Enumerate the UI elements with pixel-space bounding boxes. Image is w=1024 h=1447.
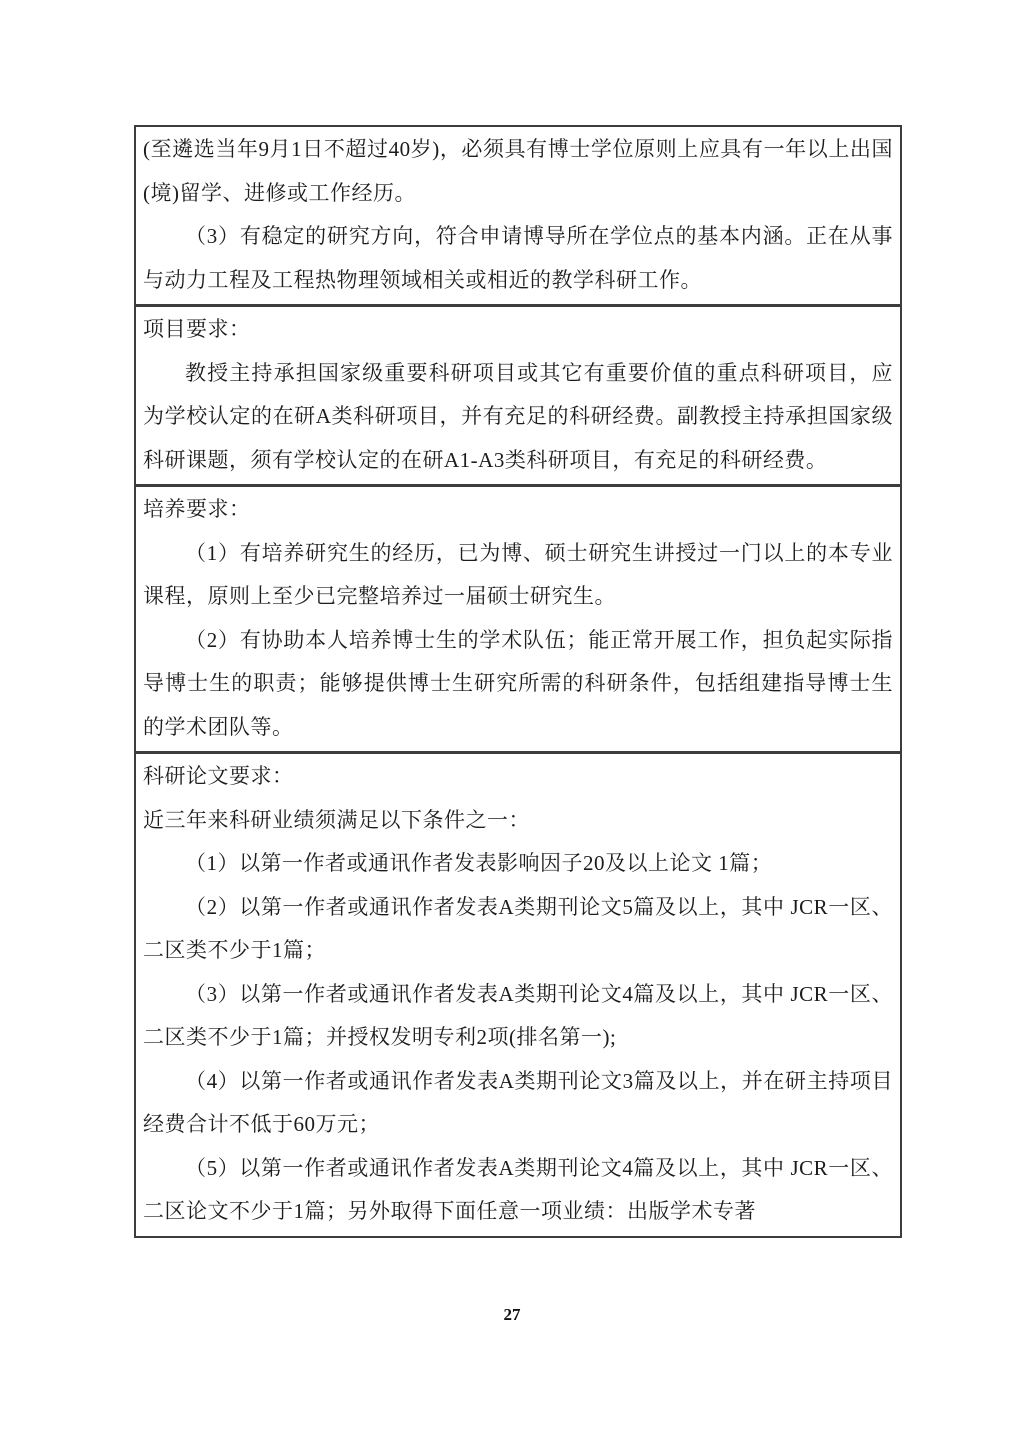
paragraph-paper-condition-2: （2）以第一作者或通讯作者发表A类期刊论文5篇及以上，其中 JCR一区、二区类不… [143, 886, 893, 973]
paragraph-training-requirement-1: （1）有培养研究生的经历，已为博、硕士研究生讲授过一门以上的本专业课程，原则上至… [143, 532, 893, 619]
paragraph-paper-condition-5: （5）以第一作者或通讯作者发表A类期刊论文4篇及以上，其中 JCR一区、二区论文… [143, 1147, 893, 1234]
paragraph-paper-condition-1: （1）以第一作者或通讯作者发表影响因子20及以上论文 1篇； [143, 842, 893, 886]
section-title-training-requirements: 培养要求： [143, 488, 893, 532]
paragraph-paper-condition-3: （3）以第一作者或通讯作者发表A类期刊论文4篇及以上，其中 JCR一区、二区类不… [143, 973, 893, 1060]
requirements-table: (至遴选当年9月1日不超过40岁)，必须具有博士学位原则上应具有一年以上出国(境… [134, 125, 902, 1238]
document-page: (至遴选当年9月1日不超过40岁)，必须具有博士学位原则上应具有一年以上出国(境… [0, 0, 1024, 1447]
paragraph-project-requirement-body: 教授主持承担国家级重要科研项目或其它有重要价值的重点科研项目，应为学校认定的在研… [143, 352, 893, 483]
paragraph-research-direction-requirement: （3）有稳定的研究方向，符合申请博导所在学位点的基本内涵。正在从事与动力工程及工… [143, 215, 893, 302]
paragraph-training-requirement-2: （2）有协助本人培养博士生的学术队伍；能正常开展工作，担负起实际指导博士生的职责… [143, 619, 893, 750]
table-row-research-paper-requirements: 科研论文要求： 近三年来科研业绩须满足以下条件之一： （1）以第一作者或通讯作者… [136, 751, 900, 1236]
paragraph-age-degree-requirement: (至遴选当年9月1日不超过40岁)，必须具有博士学位原则上应具有一年以上出国(境… [143, 128, 893, 215]
page-number: 27 [0, 1305, 1024, 1325]
table-row-basic-conditions-continued: (至遴选当年9月1日不超过40岁)，必须具有博士学位原则上应具有一年以上出国(境… [136, 127, 900, 304]
table-row-training-requirements: 培养要求： （1）有培养研究生的经历，已为博、硕士研究生讲授过一门以上的本专业课… [136, 484, 900, 751]
paragraph-paper-condition-4: （4）以第一作者或通讯作者发表A类期刊论文3篇及以上，并在研主持项目经费合计不低… [143, 1060, 893, 1147]
section-title-project-requirements: 项目要求： [143, 308, 893, 352]
table-row-project-requirements: 项目要求： 教授主持承担国家级重要科研项目或其它有重要价值的重点科研项目，应为学… [136, 304, 900, 484]
paragraph-paper-requirements-intro: 近三年来科研业绩须满足以下条件之一： [143, 799, 893, 843]
section-title-research-paper-requirements: 科研论文要求： [143, 755, 893, 799]
